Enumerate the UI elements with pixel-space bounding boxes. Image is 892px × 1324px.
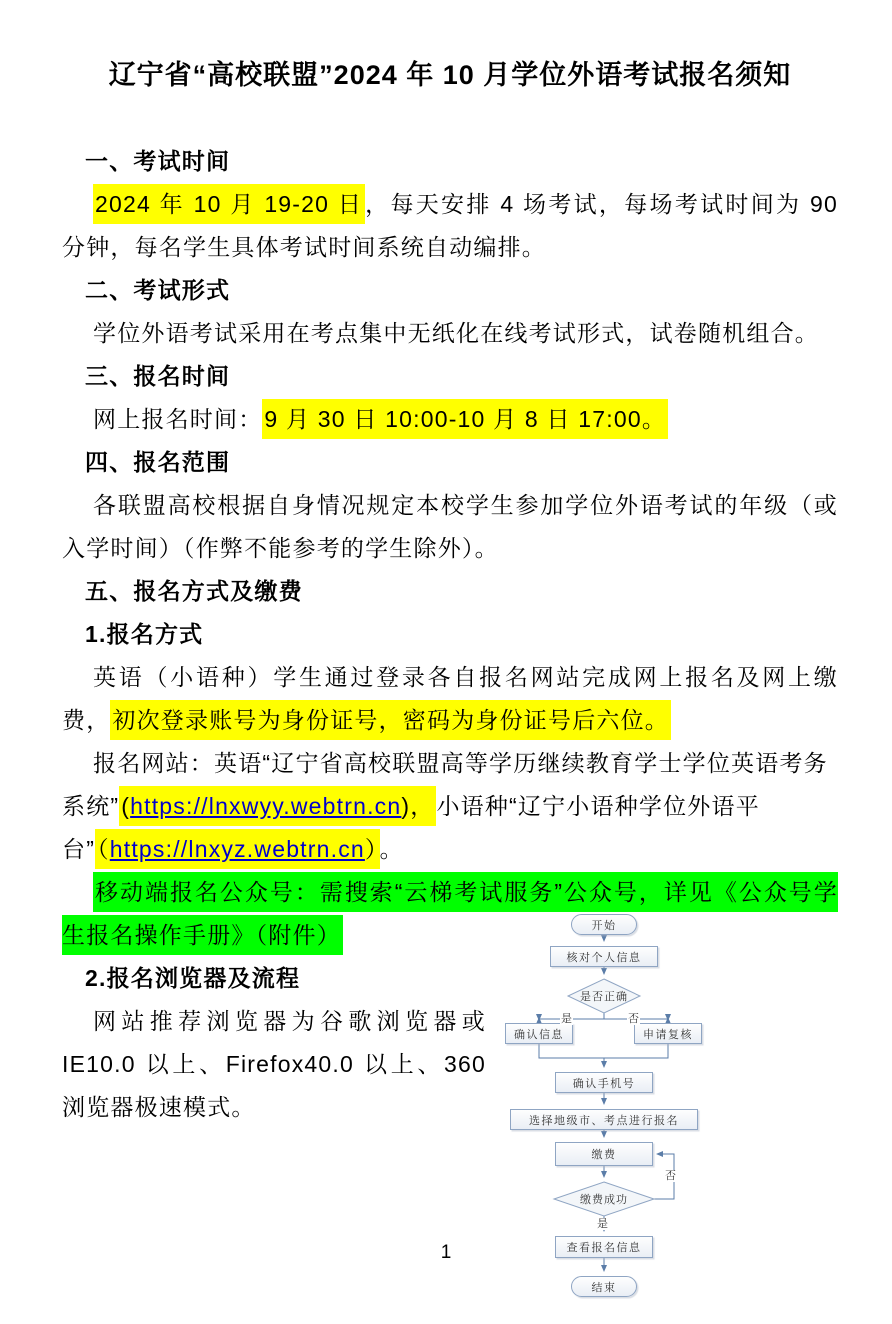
text-run: 网上报名时间： xyxy=(93,406,262,432)
browser-recommendation-paragraph: 网站推荐浏览器为谷歌浏览器或IE10.0 以上、Firefox40.0 以上、3… xyxy=(62,1000,486,1129)
english-site-url-highlight: (https://lnxwyy.webtrn.cn)， xyxy=(119,786,436,826)
flow-no-label-1: 否 xyxy=(627,1013,640,1025)
flow-no-label-2: 否 xyxy=(664,1170,677,1182)
flow-yes-label-2: 是 xyxy=(596,1218,609,1230)
registration-period-highlight: 9 月 30 日 10:00-10 月 8 日 17:00。 xyxy=(262,399,668,439)
flow-verify-info-node: 核对个人信息 xyxy=(550,946,658,967)
registration-method-paragraph: 英语（小语种）学生通过登录各自报名网站完成网上报名及网上缴费，初次登录账号为身份… xyxy=(62,656,838,742)
section5-heading: 五、报名方式及缴费 xyxy=(62,570,838,613)
section2-heading: 二、考试形式 xyxy=(62,269,838,312)
document-content: 辽宁省“高校联盟”2024 年 10 月学位外语考试报名须知 一、考试时间 20… xyxy=(0,0,892,1129)
page-title: 辽宁省“高校联盟”2024 年 10 月学位外语考试报名须知 xyxy=(62,55,838,95)
section4-paragraph: 各联盟高校根据自身情况规定本校学生参加学位外语考试的年级（或入学时间）（作弊不能… xyxy=(62,484,838,570)
flow-pay-node: 缴费 xyxy=(555,1142,653,1166)
english-site-link[interactable]: https://lnxwyy.webtrn.cn xyxy=(130,793,401,819)
section5-sub1-heading: 1.报名方式 xyxy=(62,613,838,656)
flow-end-node: 结束 xyxy=(571,1276,637,1297)
flow-confirm-info-node: 确认信息 xyxy=(505,1023,573,1044)
minor-language-site-link[interactable]: https://lnxyz.webtrn.cn xyxy=(110,836,365,862)
flow-pay-success-label: 缴费成功 xyxy=(554,1191,654,1207)
login-account-highlight: 初次登录账号为身份证号，密码为身份证号后六位。 xyxy=(110,700,671,740)
section1-heading: 一、考试时间 xyxy=(62,140,838,183)
section3-heading: 三、报名时间 xyxy=(62,355,838,398)
section2-paragraph: 学位外语考试采用在考点集中无纸化在线考试形式，试卷随机组合。 xyxy=(62,312,838,355)
text-run: ） xyxy=(365,836,378,862)
section3-paragraph: 网上报名时间：9 月 30 日 10:00-10 月 8 日 17:00。 xyxy=(62,398,838,441)
section5-sub2-heading: 2.报名浏览器及流程 xyxy=(62,957,486,1000)
section4-heading: 四、报名范围 xyxy=(62,441,838,484)
text-run: )， xyxy=(401,793,434,819)
flow-yes-label-1: 是 xyxy=(560,1013,573,1025)
text-run: （ xyxy=(97,836,110,862)
minor-language-site-url-highlight: （https://lnxyz.webtrn.cn） xyxy=(95,829,380,869)
section1-paragraph: 2024 年 10 月 19-20 日，每天安排 4 场考试，每场考试时间为 9… xyxy=(62,183,838,269)
flow-confirm-phone-node: 确认手机号 xyxy=(555,1072,653,1093)
flow-select-site-node: 选择地级市、考点进行报名 xyxy=(510,1109,698,1130)
exam-date-highlight: 2024 年 10 月 19-20 日 xyxy=(93,184,365,224)
text-run: ( xyxy=(121,793,130,819)
flow-check-correct-label: 是否正确 xyxy=(568,988,640,1004)
flow-apply-review-node: 申请复核 xyxy=(634,1023,702,1044)
document-page: 辽宁省“高校联盟”2024 年 10 月学位外语考试报名须知 一、考试时间 20… xyxy=(0,0,892,1324)
page-number: 1 xyxy=(0,1242,892,1264)
text-run: 。 xyxy=(380,836,404,862)
registration-website-paragraph: 报名网站：英语“辽宁省高校联盟高等学历继续教育学士学位英语考务系统”(https… xyxy=(62,742,838,871)
flow-start-node: 开始 xyxy=(571,914,637,935)
left-column: 2.报名浏览器及流程 网站推荐浏览器为谷歌浏览器或IE10.0 以上、Firef… xyxy=(62,957,486,1129)
